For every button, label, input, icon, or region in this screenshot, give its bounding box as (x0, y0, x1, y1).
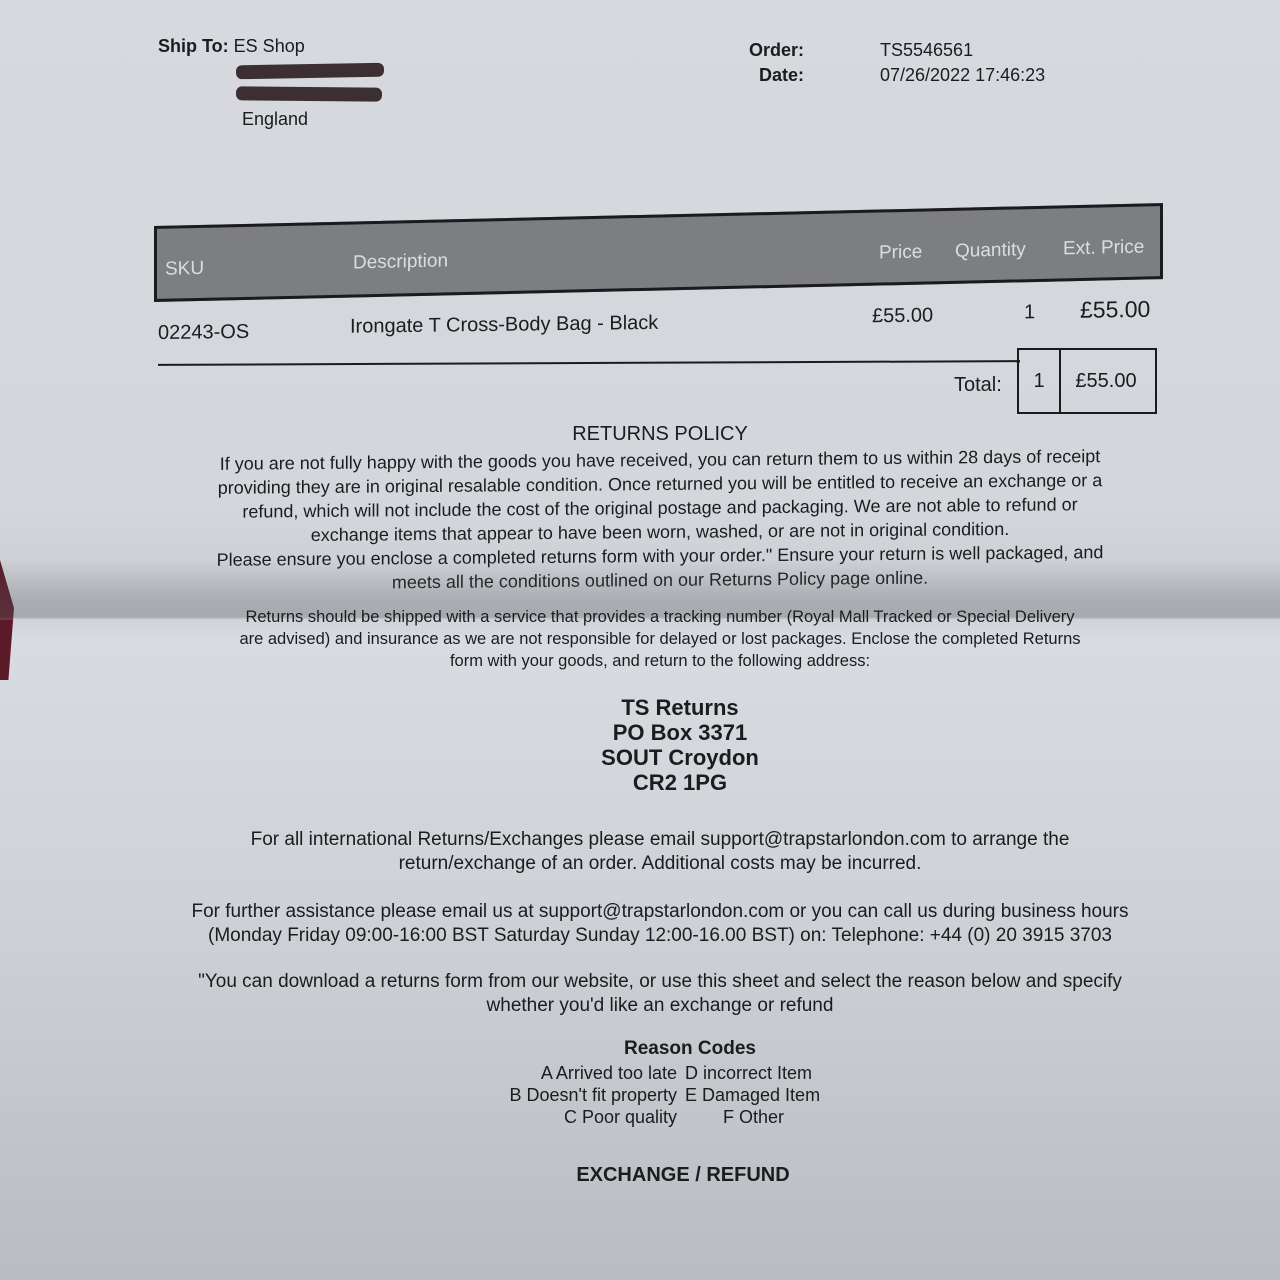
international-line: return/exchange of an order. Additional … (160, 852, 1160, 876)
redacted-address-line-2 (236, 86, 382, 101)
assistance-note: For further assistance please email us a… (160, 900, 1160, 948)
reason-code-row: B Doesn't fit property E Damaged Item (505, 1084, 845, 1106)
address-line: SOUT Croydon (180, 745, 1180, 770)
assistance-line: For further assistance please email us a… (160, 900, 1160, 924)
ship-to-block: Ship To: ES Shop (158, 36, 305, 57)
reason-codes-title: Reason Codes (190, 1038, 1190, 1060)
order-date-row: Date: 07/26/2022 17:46:23 (742, 65, 1045, 90)
assistance-line: (Monday Friday 09:00-16:00 BST Saturday … (160, 924, 1160, 948)
reason-code-row: A Arrived too late D incorrect Item (505, 1062, 845, 1084)
download-line: whether you'd like an exchange or refund (160, 994, 1160, 1018)
order-meta: Order: TS5546561 Date: 07/26/2022 17:46:… (742, 40, 1045, 90)
returns-policy-body: If you are not fully happy with the good… (160, 444, 1160, 597)
reason-code-b: B Doesn't fit property (505, 1084, 685, 1106)
table-row: 02243-OS Irongate T Cross-Body Bag - Bla… (158, 298, 1158, 350)
download-line: "You can download a returns form from ou… (160, 970, 1160, 994)
address-line: TS Returns (180, 695, 1180, 720)
exchange-refund-heading: EXCHANGE / REFUND (183, 1164, 1183, 1187)
shipping-line: are advised) and insurance as we are not… (160, 628, 1160, 650)
item-description: Irongate T Cross-Body Bag - Black (350, 312, 658, 339)
item-ext-price: £55.00 (1080, 296, 1150, 324)
header-quantity: Quantity (955, 239, 1026, 263)
ship-to-label: Ship To: (158, 36, 229, 56)
header-description: Description (353, 250, 448, 274)
ship-to-name: ES Shop (234, 36, 305, 56)
order-number: TS5546561 (880, 40, 973, 65)
reason-code-row: C Poor quality F Other (505, 1106, 845, 1128)
reason-code-f: F Other (685, 1106, 845, 1128)
international-returns-note: For all international Returns/Exchanges … (160, 828, 1160, 876)
shipping-note: Returns should be shipped with a service… (160, 606, 1160, 672)
address-line: CR2 1PG (180, 770, 1180, 795)
download-form-note: "You can download a returns form from ou… (160, 970, 1160, 1018)
reason-codes-list: A Arrived too late D incorrect Item B Do… (505, 1062, 845, 1128)
total-quantity: 1 (1017, 348, 1061, 414)
redacted-address-line-1 (236, 63, 384, 80)
reason-code-d: D incorrect Item (685, 1062, 845, 1084)
items-table-header: SKU Description Price Quantity Ext. Pric… (154, 203, 1163, 302)
document-photo: Ship To: ES Shop England Order: TS554656… (0, 0, 1280, 1280)
shipping-line: Returns should be shipped with a service… (160, 606, 1160, 628)
item-sku: 02243-OS (158, 321, 249, 345)
background-object-edge (0, 560, 14, 680)
reason-code-a: A Arrived too late (505, 1062, 685, 1084)
order-date: 07/26/2022 17:46:23 (880, 65, 1045, 90)
ship-to-country: England (242, 109, 308, 130)
header-price: Price (879, 242, 922, 265)
total-label: Total: (954, 374, 1002, 397)
reason-code-e: E Damaged Item (685, 1084, 845, 1106)
order-label: Order: (742, 40, 804, 65)
item-price: £55.00 (872, 305, 933, 329)
item-quantity: 1 (1024, 301, 1035, 324)
table-divider (158, 360, 1020, 366)
header-sku: SKU (165, 258, 204, 281)
date-label: Date: (742, 65, 804, 90)
returns-policy-title: RETURNS POLICY (160, 423, 1160, 446)
international-line: For all international Returns/Exchanges … (160, 828, 1160, 852)
reason-code-c: C Poor quality (505, 1106, 685, 1128)
total-price: £55.00 (1057, 348, 1157, 414)
shipping-line: form with your goods, and return to the … (160, 650, 1160, 672)
return-address: TS Returns PO Box 3371 SOUT Croydon CR2 … (180, 695, 1180, 795)
order-number-row: Order: TS5546561 (742, 40, 1045, 65)
address-line: PO Box 3371 (180, 720, 1180, 745)
header-ext-price: Ext. Price (1063, 237, 1144, 261)
